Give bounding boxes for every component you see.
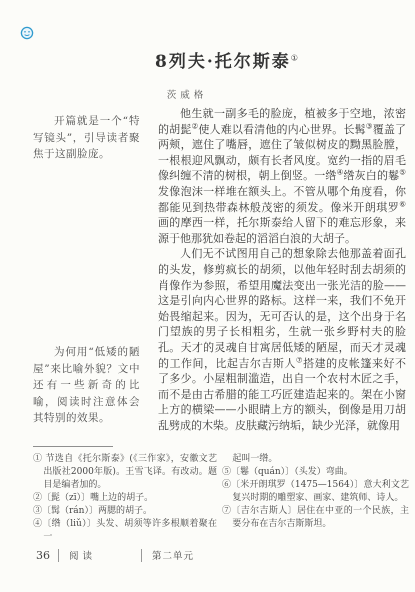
- title-footnote-ref: ①: [291, 53, 300, 62]
- margin-note-2: 为何用“低矮的陋屋”来比喻外貌？文中还有一些新奇的比喻，阅读时注意体会其特别的效…: [33, 344, 140, 427]
- lesson-title: 8列夫·托尔斯泰①: [40, 47, 415, 72]
- footnote-divider: [33, 446, 113, 447]
- page-number: 36: [36, 549, 58, 562]
- footer-unit: 第二单元: [142, 548, 194, 562]
- footnote-item: ④〔绺（liǔ）〕头发、胡须等许多根顺着聚在一: [33, 518, 217, 544]
- footnote-item: ⑥〔米开朗琪罗（1475—1564）〕意大利文艺复兴时期的雕塑家、画家、建筑师、…: [222, 479, 409, 505]
- body-paragraph: 他生就一副多毛的脸庞，植被多于空地，浓密的胡髭②使人难以看清他的内心世界。长髯③…: [158, 106, 406, 246]
- margin-note-1: 开篇就是一个“特写镜头”，引导读者聚焦于这副脸庞。: [33, 113, 140, 163]
- page-footer: 36 阅读 第二单元: [36, 548, 194, 562]
- audio-icon[interactable]: [20, 25, 34, 39]
- body-text: 他生就一副多毛的脸庞，植被多于空地，浓密的胡髭②使人难以看清他的内心世界。长髯③…: [158, 106, 406, 433]
- audio-smiley-glyph: [20, 26, 34, 40]
- lesson-number: 8: [155, 52, 169, 72]
- footnote-item: ⑦〔吉尔吉斯人〕居住在中亚的一个民族，主要分布在吉尔吉斯斯坦。: [222, 505, 409, 531]
- author-name: 茨威格: [0, 87, 374, 101]
- footnotes-right: 起叫一绺。⑤〔鬈（quán）〕（头发）弯曲。⑥〔米开朗琪罗（1475—1564）…: [222, 453, 409, 531]
- footnote-item: ⑤〔鬈（quán）〕（头发）弯曲。: [222, 466, 409, 479]
- footnote-item: 起叫一绺。: [222, 453, 409, 466]
- body-paragraph: 人们无不试图用自己的想象除去他那盖着面孔的头发，修剪疯长的胡须，以他年轻时刮去胡…: [158, 246, 406, 433]
- footnote-item: ① 节选自《托尔斯泰》(《三作家》，安徽文艺出版社2000年版)。王雪飞译。有改…: [33, 453, 217, 492]
- footer-section: 阅读: [59, 548, 141, 562]
- footnotes-left: ① 节选自《托尔斯泰》(《三作家》，安徽文艺出版社2000年版)。王雪飞译。有改…: [33, 453, 217, 544]
- footnote-item: ③〔髯（rán）〕两腮的胡子。: [33, 505, 217, 518]
- textbook-page: 8列夫·托尔斯泰① 茨威格 开篇就是一个“特写镜头”，引导读者聚焦于这副脸庞。 …: [0, 0, 415, 592]
- footnote-item: ②〔髭（zī）〕嘴上边的胡子。: [33, 492, 217, 505]
- lesson-title-text: 列夫·托尔斯泰: [169, 52, 291, 72]
